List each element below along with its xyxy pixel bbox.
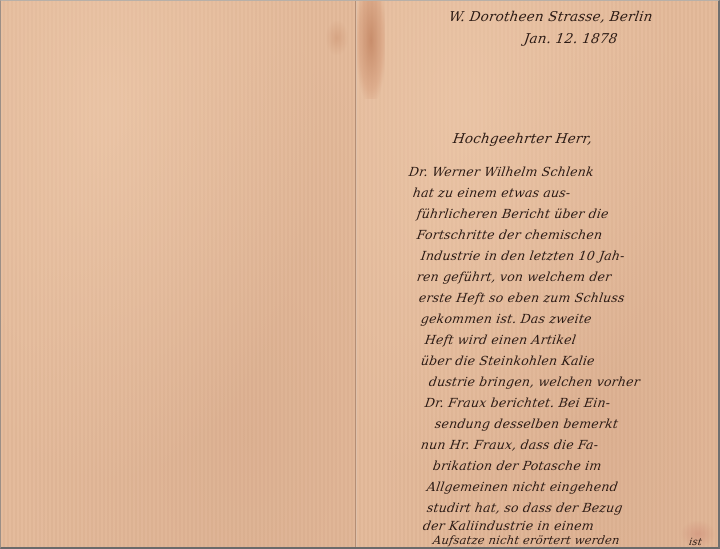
body-line: gekommen ist. Das zweite [420,311,593,326]
water-stain-top [357,1,385,99]
body-line: Heft wird einen Artikel [424,332,577,347]
left-page-blank [1,1,355,547]
catchword: ist [688,537,702,548]
water-stain-left [326,21,348,55]
body-line: Aufsatze nicht erörtert werden [432,533,621,547]
body-line: hat zu einem etwas aus- [412,185,572,200]
body-line: sendung desselben bemerkt [434,416,619,431]
body-line: Industrie in den letzten 10 Jah- [420,248,626,263]
body-line: ren geführt, von welchem der [416,269,613,284]
letter-greeting: Hochgeehrter Herr, [452,131,593,147]
body-line: führlicheren Bericht über die [416,206,610,221]
body-line: Fortschritte der chemischen [416,227,603,242]
letter-scan: W. Dorotheen Strasse, Berlin Jan. 12. 18… [0,0,720,549]
letter-address: W. Dorotheen Strasse, Berlin [448,9,654,25]
body-line: über die Steinkohlen Kalie [420,353,596,368]
body-line: Dr. Werner Wilhelm Schlenk [408,164,595,179]
body-line: studirt hat, so dass der Bezug [426,500,624,515]
body-line: Allgemeinen nicht eingehend [426,479,619,494]
body-line: dustrie bringen, welchen vorher [428,374,641,389]
body-line: Dr. Fraux berichtet. Bei Ein- [424,395,611,410]
body-line: nun Hr. Fraux, dass die Fa- [420,437,599,452]
letter-date: Jan. 12. 1878 [523,31,619,47]
body-line: erste Heft so eben zum Schluss [418,290,626,305]
body-line: der Kaliindustrie in einem [422,518,595,533]
body-line: brikation der Potasche im [432,458,603,473]
